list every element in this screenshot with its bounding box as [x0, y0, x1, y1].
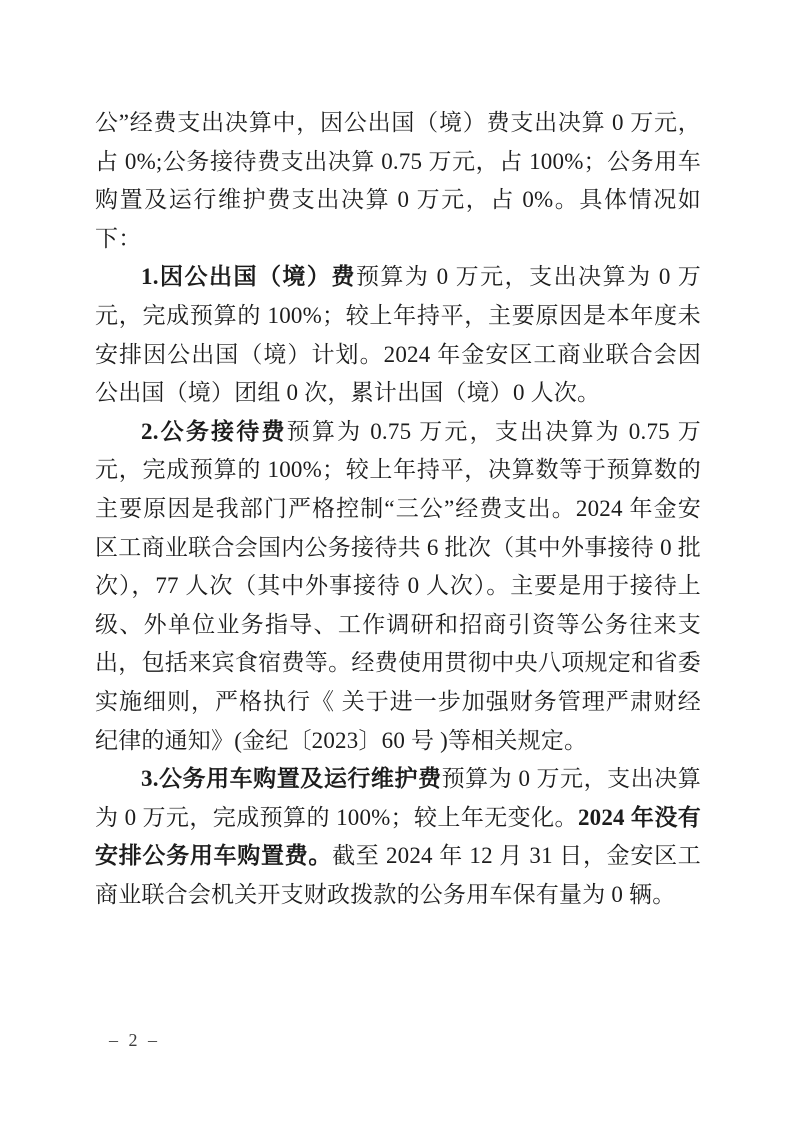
paragraph-intro: 公”经费支出决算中，因公出国（境）费支出决算 0 万元，占 0%;公务接待费支出…: [95, 104, 701, 258]
paragraph-official-vehicles: 3.公务用车购置及运行维护费预算为 0 万元，支出决算为 0 万元，完成预算的 …: [95, 760, 701, 914]
text-run: 预算为 0.75 万元，支出决算为 0.75 万元，完成预算的 100%；较上年…: [95, 419, 701, 753]
page-number: – 2 –: [109, 1030, 160, 1051]
paragraph-heading-official-reception: 2.公务接待费: [141, 419, 287, 444]
paragraph-heading-overseas-trips: 1.因公出国（境）费: [141, 264, 356, 289]
document-page: 公”经费支出决算中，因公出国（境）费支出决算 0 万元，占 0%;公务接待费支出…: [0, 0, 793, 1122]
paragraph-official-reception: 2.公务接待费预算为 0.75 万元，支出决算为 0.75 万元，完成预算的 1…: [95, 413, 701, 760]
document-body: 公”经费支出决算中，因公出国（境）费支出决算 0 万元，占 0%;公务接待费支出…: [95, 104, 701, 914]
paragraph-overseas-trips: 1.因公出国（境）费预算为 0 万元，支出决算为 0 万元，完成预算的 100%…: [95, 258, 701, 412]
paragraph-heading-official-vehicles: 3.公务用车购置及运行维护费: [141, 766, 442, 791]
text-run: 公”经费支出决算中，因公出国（境）费支出决算 0 万元，占 0%;公务接待费支出…: [95, 110, 701, 251]
